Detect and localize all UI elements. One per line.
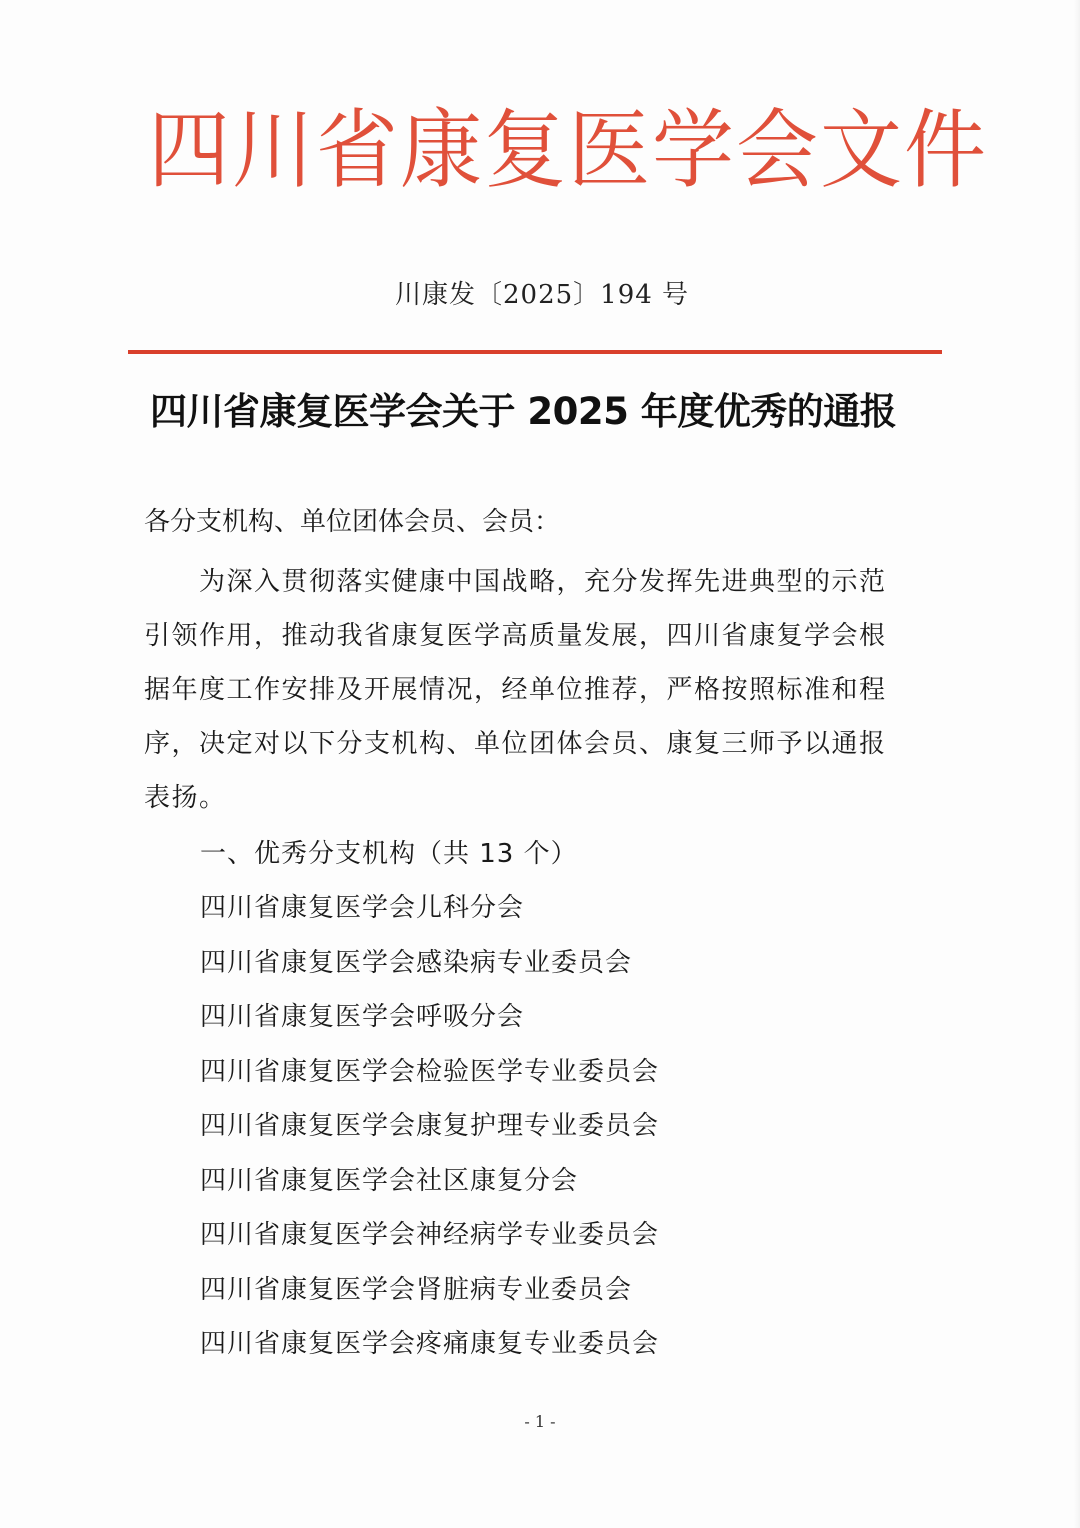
list-item: 四川省康复医学会神经病学专业委员会 (200, 1213, 659, 1268)
excellent-branches-list: 四川省康复医学会儿科分会 四川省康复医学会感染病专业委员会 四川省康复医学会呼吸… (200, 886, 659, 1377)
list-item: 四川省康复医学会社区康复分会 (200, 1159, 659, 1214)
body-paragraph-line: 序，决定对以下分支机构、单位团体会员、康复三师予以通报 (144, 722, 887, 766)
document-number: 川康发〔2025〕194 号 (395, 272, 689, 318)
body-paragraph-line: 引领作用，推动我省康复医学高质量发展，四川省康复学会根 (144, 614, 887, 658)
list-item: 四川省康复医学会康复护理专业委员会 (200, 1104, 659, 1159)
list-item: 四川省康复医学会感染病专业委员会 (200, 941, 659, 996)
body-paragraph-line: 为深入贯彻落实健康中国战略，充分发挥先进典型的示范 (144, 560, 887, 604)
list-item: 四川省康复医学会检验医学专业委员会 (200, 1050, 659, 1105)
list-item: 四川省康复医学会儿科分会 (200, 886, 659, 941)
document-page: 四川省康复医学会文件 川康发〔2025〕194 号 四川省康复医学会关于 202… (0, 0, 1080, 1528)
document-header-title: 四川省康复医学会文件 (148, 93, 928, 209)
salutation: 各分支机构、单位团体会员、会员： (144, 500, 560, 544)
section-heading-excellent-branches: 一、优秀分支机构（共 13 个） (200, 832, 578, 876)
body-paragraph-line: 据年度工作安排及开展情况，经单位推荐，严格按照标准和程 (144, 668, 887, 712)
list-item: 四川省康复医学会肾脏病专业委员会 (200, 1268, 659, 1323)
page-number: - 1 - (0, 1412, 1080, 1431)
notice-title: 四川省康复医学会关于 2025 年度优秀的通报 (150, 384, 940, 440)
scan-edge-shadow (1074, 0, 1080, 1528)
list-item: 四川省康复医学会呼吸分会 (200, 995, 659, 1050)
red-divider-rule (128, 350, 942, 354)
list-item: 四川省康复医学会疼痛康复专业委员会 (200, 1322, 659, 1377)
body-paragraph-line: 表扬。 (144, 776, 227, 820)
